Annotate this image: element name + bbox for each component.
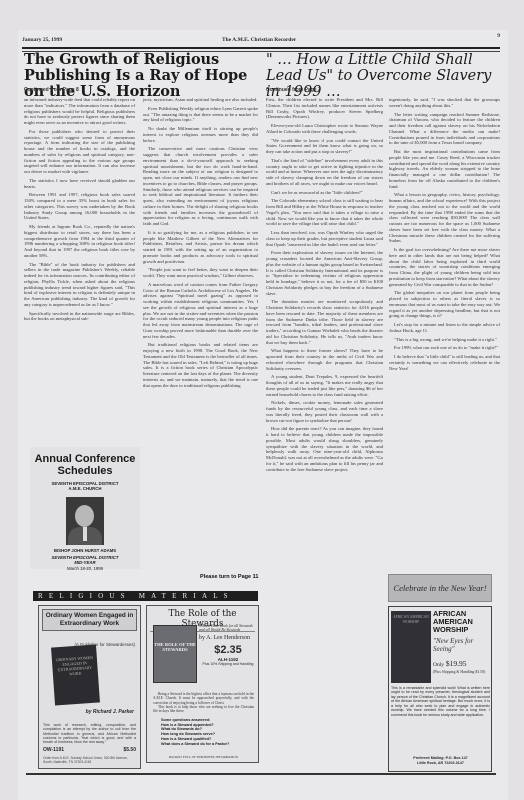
mailing-address: Preferred Mailing: P.O. Box 147 Little R… (391, 756, 490, 765)
bottom-rule (26, 773, 496, 775)
celebrate-banner: Celebrate in the New Year! (388, 574, 492, 602)
masthead-rule (22, 47, 500, 49)
paragraph: The global inequities on our planet from… (389, 290, 500, 319)
ad-subtitle: "New Eyes for Seeing" (433, 637, 491, 654)
paragraph: Can't we be as resourceful as the "littl… (266, 190, 383, 196)
ad-title: AFRICAN AMERICAN WORSHIP (433, 610, 491, 634)
paragraph: How did the parents react? As you can im… (266, 426, 383, 472)
paragraph: From their exploration of slavery issues… (266, 250, 383, 296)
paragraph: Less than involved, too, was Oprah Winfr… (266, 230, 383, 247)
paragraph: A marvelous word of caution comes from F… (143, 282, 258, 340)
religious-materials-banner: RELIGIOUS MATERIALS (33, 591, 258, 601)
ad-author: by A. Lee Henderson (199, 635, 257, 642)
paragraph: Nickels, dimes, cookie money, lemonade s… (266, 400, 383, 423)
paragraph: My friends at Ingram Book Co., reputedly… (24, 224, 135, 259)
ad-footer: PACKED FULL OF PERTINENT INFORMATION (153, 755, 254, 759)
paragraph: The "Bible" of the book industry for pub… (24, 262, 135, 308)
ad-ordinary-women: Ordinary Women Engaged in Extraordinary … (38, 605, 141, 769)
paragraph: A young student, Doni Trepales, 9, expre… (266, 374, 383, 397)
ad-author: by Richard J. Parker (86, 709, 134, 715)
paragraph: What happens to these former slaves? The… (266, 348, 383, 371)
article-right-column-2: ingeniously, he said, "I was shocked tha… (389, 97, 500, 374)
question-item: What does a Steward do for a Pastor? (161, 742, 256, 747)
ad-description: This work of research, editing, composit… (43, 723, 136, 744)
book-cover-image: THE ROLE OF THE STEWARDS (153, 625, 197, 683)
ad-order-line: OW-1191 $5.50 (43, 747, 136, 753)
article-left-column-1: an informed industry-wide feed that coul… (24, 97, 135, 325)
continued-from-label: Continued from Page 3 (266, 87, 321, 93)
paragraph: For those publishers who desired to prot… (24, 129, 135, 175)
continued-from-label: Continued from Page 8 (24, 87, 79, 93)
paragraph: "People just want to feel better, they w… (143, 267, 258, 279)
paragraph: The Colorado elementary school class is … (266, 198, 383, 227)
paragraph: The letter writing campaign reached Sumn… (389, 112, 500, 147)
page-number: 9 (497, 33, 500, 39)
paragraph: jects, mysticism, Asian and spiritual he… (143, 97, 258, 103)
paragraph: Specifically involved in the nationwide … (24, 311, 135, 323)
order-info: Order from A.M.E. Sunday School Union, 5… (43, 756, 136, 764)
paragraph: I do believe that "a little child" is st… (389, 354, 500, 371)
paragraph: Eleven-year-old Laura Christopher wrote … (266, 123, 383, 135)
paragraph: ingeniously, he said, "I was shocked tha… (389, 97, 500, 109)
paragraph: an informed industry-wide feed that coul… (24, 97, 135, 126)
paragraph: The donation monies are monitored scrupu… (266, 299, 383, 345)
paragraph: But traditional religious books and rela… (143, 342, 258, 388)
paragraph: It is so gratifying for me, as a religio… (143, 230, 258, 265)
bishop-photo (66, 497, 104, 545)
ad-title: Ordinary Women Engaged in Extraordinary … (42, 609, 137, 631)
paragraph: No doubt the Millennium itself is stirri… (143, 126, 258, 143)
publication-name: The A.M.E. Christian Recorder (222, 37, 296, 43)
paragraph: Between 1991 and 1997, religious book sa… (24, 192, 135, 221)
shipping-info: (Plus Shipping & Handling $3.50) (433, 670, 489, 674)
paragraph: That's the kind of "sideline" involvemen… (266, 158, 383, 187)
conference-church: A.M.E. CHURCH (30, 486, 140, 491)
paragraph: For 1999, what can each one of us do to … (389, 345, 500, 351)
paragraph: But the most inspirational contributions… (389, 149, 500, 189)
article-right-column-1: First, the children elected to write Pre… (266, 97, 383, 475)
ad-subtitle: (A Guideline for Stewardesses) (74, 642, 135, 647)
shipping-info: Plus 10% Shipping and Handling (199, 662, 257, 666)
paragraph: First, the children elected to write Pre… (266, 97, 383, 120)
ad-description: Being a Steward is the highest office th… (153, 692, 254, 713)
questions-list: Some questions answered: How is a Stewar… (161, 718, 256, 746)
paragraph: What a lesson in geography, civics, hist… (389, 192, 500, 244)
product-price: Only $19.95 (433, 659, 467, 668)
article-left-column-2: jects, mysticism, Asian and spiritual he… (143, 97, 258, 391)
ad-african-american-worship: AFRICAN AMERICAN WORSHIP AFRICAN AMERICA… (388, 606, 492, 772)
paragraph: "We would like to know if you could cont… (266, 138, 383, 155)
conference-title: Annual Conference Schedules (30, 453, 140, 477)
product-code: OW-1191 (43, 747, 64, 753)
paragraph: Is the goal too overwhelming? Are there … (389, 247, 500, 287)
paragraph: The conservative and more cautious Chris… (143, 146, 258, 227)
paragraph: "This is a big wrong, and we're helping … (389, 337, 500, 343)
product-price: $5.50 (123, 747, 136, 753)
product-price: $2.35 (199, 644, 257, 656)
ad-description: This is a remarkable and splendid work! … (391, 686, 490, 717)
event-dates: March 18-20, 1999 (30, 566, 140, 571)
ad-tagline: A Must-Have Book for all Stewards and al… (199, 624, 257, 633)
issue-date: January 25, 1999 (22, 37, 62, 43)
book-cover-image: AFRICAN AMERICAN WORSHIP (391, 611, 431, 683)
paragraph: The statistics I now have received shoul… (24, 178, 135, 190)
ad-details: A Must-Have Book for all Stewards and al… (199, 624, 257, 666)
paragraph: Let's stop for a minute and listen to th… (389, 322, 500, 334)
paragraph: Even Publishing Weekly religion editor L… (143, 106, 258, 123)
ad-role-of-stewards: The Role of the Stewards THE ROLE OF THE… (146, 605, 259, 763)
masthead: January 25, 1999 The A.M.E. Christian Re… (22, 33, 500, 43)
continued-on-label: Please turn to Page 11 (200, 574, 258, 580)
annual-conference-box: Annual Conference Schedules SEVENTH EPIS… (30, 447, 140, 569)
book-cover-image: ORDINARY WOMEN ENGAGED IN EXTRAORDINARY … (51, 645, 100, 706)
photo-caption: BISHOP JOHN HURST ADAMS (30, 548, 140, 553)
